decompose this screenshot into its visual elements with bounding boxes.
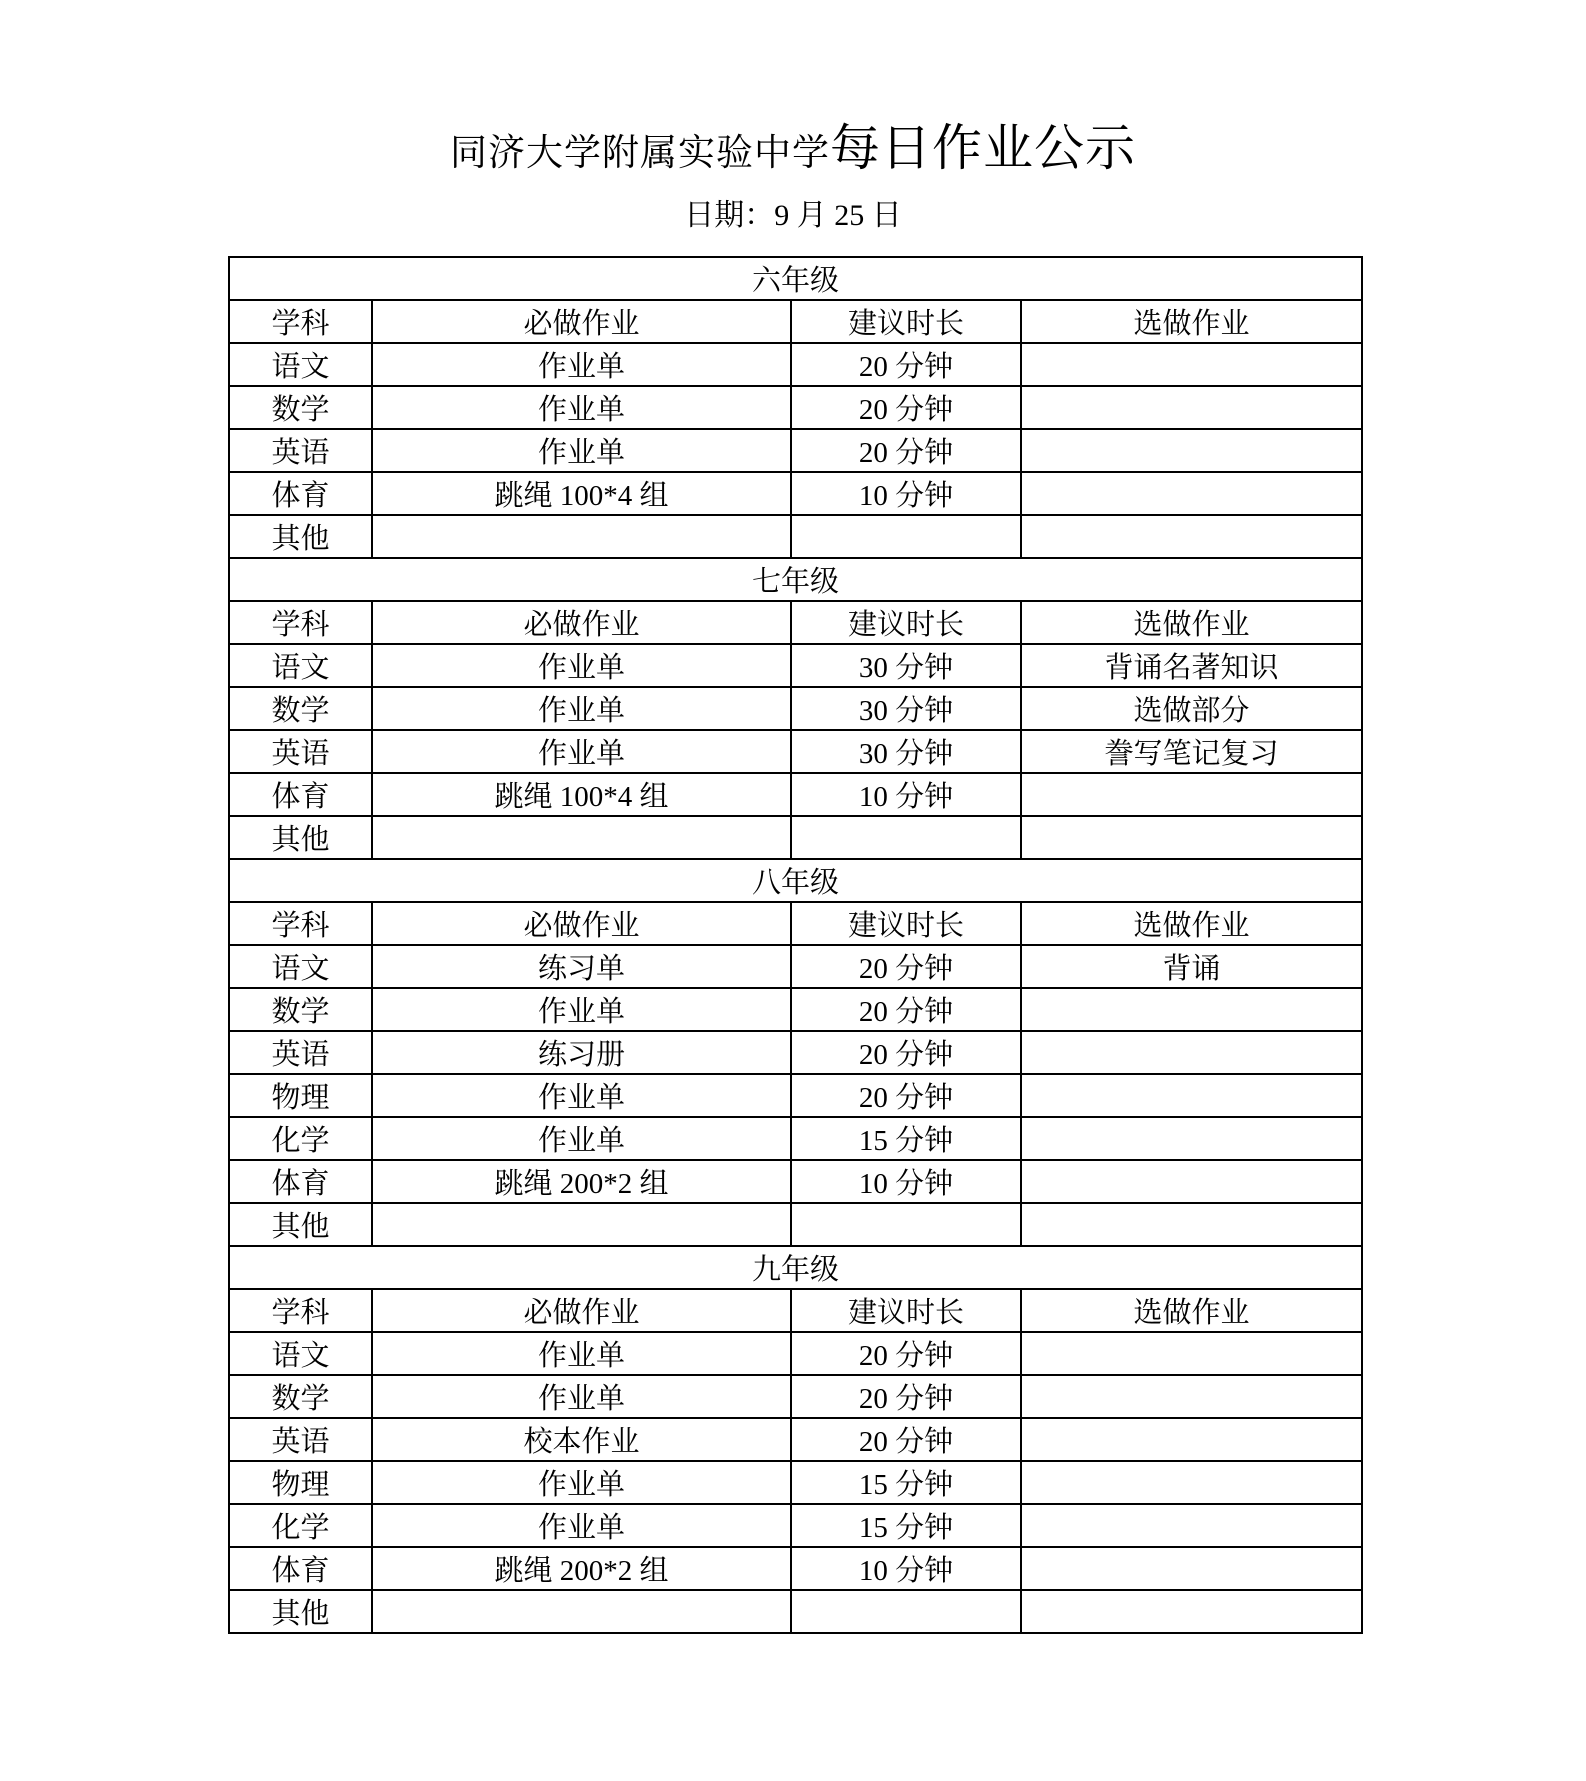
table-row: 数学作业单20 分钟: [229, 988, 1362, 1031]
subject-cell: 语文: [229, 343, 372, 386]
subject-cell: 体育: [229, 472, 372, 515]
required-homework-cell: 跳绳 200*2 组: [372, 1547, 791, 1590]
grade-band: 七年级: [229, 558, 1362, 601]
subject-cell: 英语: [229, 730, 372, 773]
header-cell-subject: 学科: [229, 601, 372, 644]
required-homework-cell: [372, 1203, 791, 1246]
optional-homework-cell: [1021, 1160, 1362, 1203]
homework-table: 六年级学科必做作业建议时长选做作业语文作业单20 分钟数学作业单20 分钟英语作…: [228, 256, 1363, 1634]
subject-cell: 英语: [229, 1418, 372, 1461]
duration-cell: 10 分钟: [791, 1547, 1021, 1590]
table-row: 体育跳绳 200*2 组10 分钟: [229, 1160, 1362, 1203]
header-cell-required: 必做作业: [372, 601, 791, 644]
subject-cell: 语文: [229, 1332, 372, 1375]
table-row: 语文作业单30 分钟背诵名著知识: [229, 644, 1362, 687]
title-school-name: 同济大学附属实验中学: [450, 133, 830, 174]
subject-cell: 其他: [229, 1203, 372, 1246]
table-row: 化学作业单15 分钟: [229, 1117, 1362, 1160]
header-cell-subject: 学科: [229, 902, 372, 945]
table-row: 物理作业单15 分钟: [229, 1461, 1362, 1504]
subject-cell: 数学: [229, 386, 372, 429]
header-cell-subject: 学科: [229, 1289, 372, 1332]
optional-homework-cell: [1021, 1375, 1362, 1418]
table-row: 化学作业单15 分钟: [229, 1504, 1362, 1547]
optional-homework-cell: 誊写笔记复习: [1021, 730, 1362, 773]
required-homework-cell: 作业单: [372, 1504, 791, 1547]
header-cell-duration: 建议时长: [791, 1289, 1021, 1332]
header-cell-optional: 选做作业: [1021, 1289, 1362, 1332]
required-homework-cell: 跳绳 100*4 组: [372, 472, 791, 515]
table-row: 物理作业单20 分钟: [229, 1074, 1362, 1117]
header-cell-optional: 选做作业: [1021, 601, 1362, 644]
subject-cell: 体育: [229, 1547, 372, 1590]
optional-homework-cell: 选做部分: [1021, 687, 1362, 730]
table-row: 其他: [229, 1590, 1362, 1633]
column-header-row: 学科必做作业建议时长选做作业: [229, 1289, 1362, 1332]
required-homework-cell: 作业单: [372, 1117, 791, 1160]
optional-homework-cell: [1021, 988, 1362, 1031]
optional-homework-cell: [1021, 1117, 1362, 1160]
grade-band-row: 六年级: [229, 257, 1362, 300]
grade-band: 九年级: [229, 1246, 1362, 1289]
duration-cell: 10 分钟: [791, 773, 1021, 816]
header-cell-required: 必做作业: [372, 300, 791, 343]
required-homework-cell: 跳绳 100*4 组: [372, 773, 791, 816]
grade-band-row: 七年级: [229, 558, 1362, 601]
optional-homework-cell: [1021, 1547, 1362, 1590]
optional-homework-cell: [1021, 386, 1362, 429]
table-row: 数学作业单20 分钟: [229, 1375, 1362, 1418]
grade-band: 六年级: [229, 257, 1362, 300]
title-doc-name: 每日作业公示: [830, 120, 1136, 176]
page-title: 同济大学附属实验中学每日作业公示: [0, 108, 1586, 180]
date-line: 日期：9 月 25 日: [0, 190, 1586, 234]
required-homework-cell: 作业单: [372, 687, 791, 730]
duration-cell: 30 分钟: [791, 730, 1021, 773]
duration-cell: 20 分钟: [791, 1418, 1021, 1461]
optional-homework-cell: [1021, 1418, 1362, 1461]
subject-cell: 体育: [229, 1160, 372, 1203]
subject-cell: 其他: [229, 816, 372, 859]
subject-cell: 数学: [229, 988, 372, 1031]
table-row: 数学作业单30 分钟选做部分: [229, 687, 1362, 730]
table-row: 英语作业单20 分钟: [229, 429, 1362, 472]
table-row: 其他: [229, 816, 1362, 859]
table-row: 体育跳绳 100*4 组10 分钟: [229, 472, 1362, 515]
table-row: 体育跳绳 100*4 组10 分钟: [229, 773, 1362, 816]
subject-cell: 化学: [229, 1117, 372, 1160]
header-cell-optional: 选做作业: [1021, 300, 1362, 343]
optional-homework-cell: [1021, 1203, 1362, 1246]
grade-band-row: 八年级: [229, 859, 1362, 902]
table-row: 其他: [229, 1203, 1362, 1246]
duration-cell: 20 分钟: [791, 429, 1021, 472]
subject-cell: 英语: [229, 1031, 372, 1074]
optional-homework-cell: [1021, 515, 1362, 558]
duration-cell: [791, 1590, 1021, 1633]
required-homework-cell: 作业单: [372, 1375, 791, 1418]
duration-cell: 20 分钟: [791, 945, 1021, 988]
duration-cell: 10 分钟: [791, 472, 1021, 515]
required-homework-cell: 作业单: [372, 1332, 791, 1375]
subject-cell: 体育: [229, 773, 372, 816]
header-cell-required: 必做作业: [372, 902, 791, 945]
header-cell-duration: 建议时长: [791, 902, 1021, 945]
optional-homework-cell: [1021, 1074, 1362, 1117]
required-homework-cell: 作业单: [372, 730, 791, 773]
table-row: 数学作业单20 分钟: [229, 386, 1362, 429]
optional-homework-cell: [1021, 1031, 1362, 1074]
required-homework-cell: 练习册: [372, 1031, 791, 1074]
subject-cell: 其他: [229, 1590, 372, 1633]
required-homework-cell: [372, 816, 791, 859]
duration-cell: 20 分钟: [791, 988, 1021, 1031]
duration-cell: [791, 515, 1021, 558]
required-homework-cell: 作业单: [372, 988, 791, 1031]
header-cell-duration: 建议时长: [791, 300, 1021, 343]
table-row: 英语校本作业20 分钟: [229, 1418, 1362, 1461]
required-homework-cell: 作业单: [372, 429, 791, 472]
duration-cell: 20 分钟: [791, 1074, 1021, 1117]
header-cell-optional: 选做作业: [1021, 902, 1362, 945]
required-homework-cell: 作业单: [372, 1074, 791, 1117]
optional-homework-cell: 背诵名著知识: [1021, 644, 1362, 687]
table-row: 语文练习单20 分钟背诵: [229, 945, 1362, 988]
optional-homework-cell: [1021, 429, 1362, 472]
optional-homework-cell: [1021, 1332, 1362, 1375]
duration-cell: 20 分钟: [791, 1332, 1021, 1375]
optional-homework-cell: [1021, 1461, 1362, 1504]
required-homework-cell: 作业单: [372, 386, 791, 429]
subject-cell: 数学: [229, 687, 372, 730]
duration-cell: 20 分钟: [791, 343, 1021, 386]
duration-cell: 20 分钟: [791, 1031, 1021, 1074]
table-row: 语文作业单20 分钟: [229, 343, 1362, 386]
column-header-row: 学科必做作业建议时长选做作业: [229, 300, 1362, 343]
subject-cell: 数学: [229, 1375, 372, 1418]
duration-cell: 30 分钟: [791, 644, 1021, 687]
table-row: 英语练习册20 分钟: [229, 1031, 1362, 1074]
grade-band: 八年级: [229, 859, 1362, 902]
duration-cell: 10 分钟: [791, 1160, 1021, 1203]
duration-cell: 15 分钟: [791, 1117, 1021, 1160]
required-homework-cell: 作业单: [372, 343, 791, 386]
subject-cell: 语文: [229, 644, 372, 687]
subject-cell: 英语: [229, 429, 372, 472]
optional-homework-cell: [1021, 1504, 1362, 1547]
optional-homework-cell: [1021, 1590, 1362, 1633]
subject-cell: 物理: [229, 1461, 372, 1504]
duration-cell: [791, 816, 1021, 859]
required-homework-cell: 作业单: [372, 1461, 791, 1504]
optional-homework-cell: [1021, 343, 1362, 386]
document-page: 同济大学附属实验中学每日作业公示 日期：9 月 25 日 六年级学科必做作业建议…: [0, 0, 1586, 1781]
grade-band-row: 九年级: [229, 1246, 1362, 1289]
header-cell-required: 必做作业: [372, 1289, 791, 1332]
header-cell-duration: 建议时长: [791, 601, 1021, 644]
column-header-row: 学科必做作业建议时长选做作业: [229, 601, 1362, 644]
table-row: 英语作业单30 分钟誊写笔记复习: [229, 730, 1362, 773]
duration-cell: 15 分钟: [791, 1461, 1021, 1504]
subject-cell: 其他: [229, 515, 372, 558]
subject-cell: 语文: [229, 945, 372, 988]
optional-homework-cell: [1021, 773, 1362, 816]
duration-cell: 15 分钟: [791, 1504, 1021, 1547]
required-homework-cell: 校本作业: [372, 1418, 791, 1461]
required-homework-cell: 练习单: [372, 945, 791, 988]
subject-cell: 物理: [229, 1074, 372, 1117]
duration-cell: [791, 1203, 1021, 1246]
required-homework-cell: [372, 515, 791, 558]
optional-homework-cell: 背诵: [1021, 945, 1362, 988]
required-homework-cell: [372, 1590, 791, 1633]
duration-cell: 20 分钟: [791, 1375, 1021, 1418]
table-row: 其他: [229, 515, 1362, 558]
duration-cell: 20 分钟: [791, 386, 1021, 429]
required-homework-cell: 跳绳 200*2 组: [372, 1160, 791, 1203]
optional-homework-cell: [1021, 472, 1362, 515]
table-row: 体育跳绳 200*2 组10 分钟: [229, 1547, 1362, 1590]
duration-cell: 30 分钟: [791, 687, 1021, 730]
table-row: 语文作业单20 分钟: [229, 1332, 1362, 1375]
required-homework-cell: 作业单: [372, 644, 791, 687]
header-cell-subject: 学科: [229, 300, 372, 343]
column-header-row: 学科必做作业建议时长选做作业: [229, 902, 1362, 945]
optional-homework-cell: [1021, 816, 1362, 859]
subject-cell: 化学: [229, 1504, 372, 1547]
